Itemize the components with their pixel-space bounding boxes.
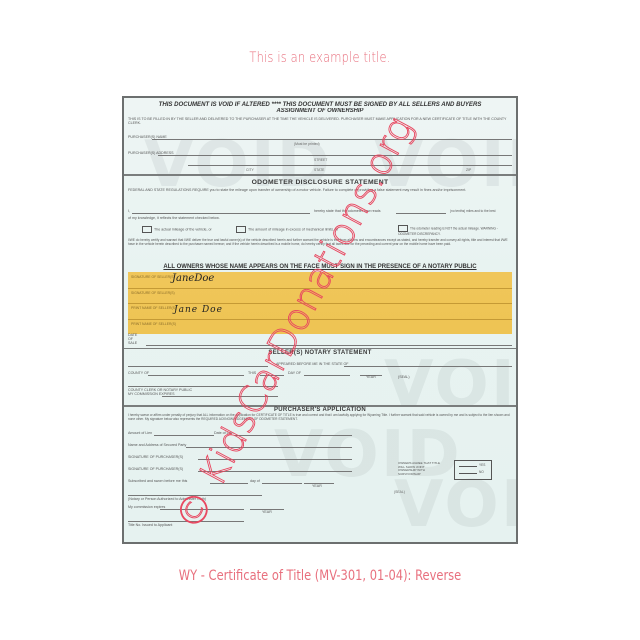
subscribed-label: Subscribed and sworn before me this	[128, 479, 187, 483]
purchaser-signature-label: SIGNATURE OF PURCHASER(S)	[128, 467, 183, 471]
notary-county-field[interactable]: COUNTY OF THIS DAY OF YEAR (SEAL)	[128, 368, 512, 376]
city-state-zip-field[interactable]	[128, 158, 512, 166]
city-label: CITY	[246, 168, 254, 172]
odometer-option-3[interactable]: The odometer reading is NOT the actual m…	[398, 225, 508, 236]
assignment-title: ASSIGNMENT OF OWNERSHIP	[128, 108, 512, 114]
no-label: NO	[479, 470, 484, 474]
statement-end: of my knowledge, it reflects the stateme…	[124, 216, 224, 220]
zip-label: ZIP	[466, 168, 471, 172]
date-of-sale-field[interactable]: DATE OF SALE	[128, 336, 512, 346]
secured-party-label: Name and Address of Secured Party	[128, 443, 186, 447]
date-of-sale-line	[146, 345, 512, 346]
notary-clerk-field[interactable]: COUNTY CLERK OR NOTARY PUBLIC	[128, 379, 512, 387]
checkbox-not-actual-mileage[interactable]	[398, 225, 408, 232]
statement-end-short: (no tenths) miles and to the best	[450, 209, 496, 213]
seller-print-name-label: PRINT NAME OF SELLER(S)	[131, 322, 176, 326]
amount-of-lien-label: Amount of Lien	[128, 431, 152, 435]
notary-title: SELLER(S) NOTARY STATEMENT	[124, 350, 516, 356]
title-issued-label: Title No. Issued to Applicant	[128, 523, 172, 527]
statement-start: I,	[128, 209, 130, 213]
secured-party-field[interactable]: Name and Address of Secured Party	[128, 440, 512, 448]
lien-field[interactable]: Amount of Lien Date of Lien	[128, 428, 512, 436]
city-state-zip-line	[188, 165, 512, 166]
joint-ownership-text: OWNERS AGREE THAT TITLE WILL SHOW JOINT …	[398, 462, 442, 476]
purchaser-statement: I hereby swear or affirm under penalty o…	[124, 413, 516, 421]
state-label: STATE	[314, 168, 324, 172]
purchaser-signature-field-1[interactable]: SIGNATURE OF PURCHASER(S)	[128, 452, 512, 460]
date-of-sale-label: DATE OF SALE	[128, 333, 142, 345]
checkbox-actual-mileage[interactable]	[142, 226, 152, 233]
seller-name-line[interactable]	[132, 213, 310, 214]
no-line[interactable]	[459, 473, 477, 474]
purchaser-name-line	[152, 139, 512, 140]
yes-label: YES	[479, 463, 485, 467]
notary-commission-field[interactable]: MY COMMISSION EXPIRES	[128, 389, 512, 397]
void-warning-header: THIS DOCUMENT IS VOID IF ALTERED **** TH…	[128, 101, 512, 108]
document-caption: WY - Certificate of Title (MV-301, 01-04…	[58, 568, 583, 584]
yes-line[interactable]	[459, 466, 477, 467]
county-line	[148, 375, 244, 376]
odometer-reading-line[interactable]	[396, 213, 446, 214]
seller-print-name-row-2[interactable]: PRINT NAME OF SELLER(S)	[128, 319, 512, 335]
state-of-line	[344, 366, 512, 367]
notary-section: SELLER(S) NOTARY STATEMENT APPEARED BEFO…	[124, 348, 516, 407]
seller-print-name-label: PRINT NAME OF SELLER(S)	[131, 306, 176, 310]
must-be-printed-note: (Must be printed)	[294, 142, 320, 146]
month-line	[304, 375, 350, 376]
notary-state-field[interactable]: APPEARED BEFORE ME IN THE STATE OF	[128, 359, 512, 367]
option-label: The actual mileage of the vehicle, or	[154, 227, 212, 231]
odometer-notice: FEDERAL AND STATE REGULATIONS REQUIRE yo…	[124, 188, 516, 192]
purchaser-signature-label: SIGNATURE OF PURCHASER(S)	[128, 455, 183, 459]
purchaser-address-line	[158, 155, 512, 156]
odometer-option-1[interactable]: The actual mileage of the vehicle, or	[142, 226, 212, 233]
joint-ownership-box: YES NO	[454, 460, 492, 480]
subscribed-month-line	[262, 483, 302, 484]
county-of-label: COUNTY OF	[128, 371, 149, 375]
day-of-label: day of	[250, 479, 260, 483]
purchaser-address-field[interactable]: PURCHASER(S) ADDRESS	[128, 148, 512, 156]
purchaser-seal-label: (SEAL)	[394, 490, 405, 494]
seller-signature-label: SIGNATURE OF SELLER(S)	[131, 275, 175, 279]
odometer-title: ODOMETER DISCLOSURE STATEMENT	[124, 179, 516, 186]
seller-signature-label: SIGNATURE OF SELLER(S)	[131, 291, 175, 295]
odometer-statement: I, hereby state that the odometer now re…	[128, 206, 512, 214]
purchaser-name-field[interactable]: PURCHASER(S) NAME	[128, 132, 512, 140]
seller-signature-value: JaneDoe	[172, 273, 214, 284]
option-label: The odometer reading is NOT the actual m…	[398, 226, 498, 236]
checkbox-excess-mileage[interactable]	[236, 226, 246, 233]
page-title: This is an example title.	[58, 50, 583, 66]
assignment-instructions: THIS IS TO BE FILLED IN BY THE SELLER AN…	[124, 117, 516, 126]
seller-print-name-value: Jane Doe	[174, 305, 223, 315]
amount-of-lien-line	[154, 435, 214, 436]
assignment-section: THIS DOCUMENT IS VOID IF ALTERED **** TH…	[124, 98, 516, 176]
